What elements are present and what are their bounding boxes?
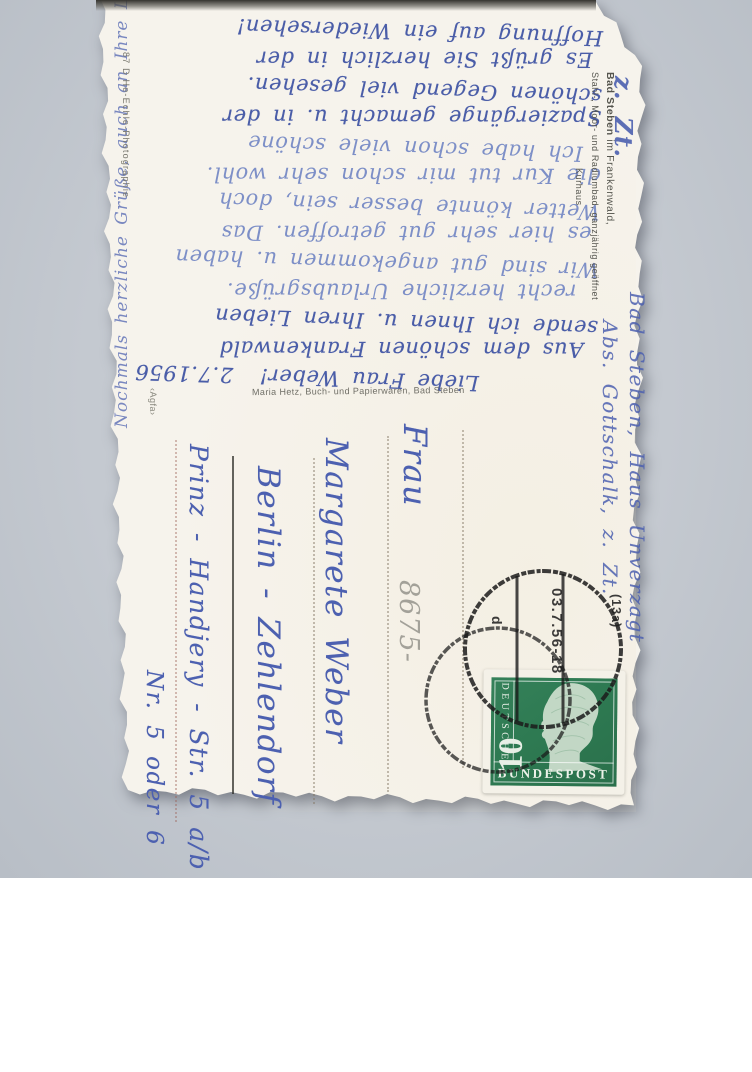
- photographer-credit: 87 D He-Echle-Photographie: [121, 52, 131, 198]
- address-guide-line: [313, 458, 315, 804]
- address-line-number: Nr. 5 oder 6: [141, 670, 167, 846]
- address-line-frau: Frau: [396, 424, 434, 507]
- address-guide-line: [462, 430, 464, 768]
- address-guide-line: [175, 440, 177, 822]
- agfa-logo: ‹Agfa›: [148, 388, 158, 416]
- address-line-city: Berlin - Zehlendorf: [250, 466, 286, 805]
- stamp-green-panel: DEUTSCHE 10 BUNDESPOST: [490, 677, 617, 786]
- photo-area: Liebe Frau Weber! 2.7.1956 Aus dem schön…: [0, 0, 752, 878]
- postage-stamp: DEUTSCHE 10 BUNDESPOST: [482, 669, 625, 794]
- address-guide-line: [387, 436, 389, 792]
- address-line-street: Prinz - Handjery - Str. 5 a/b: [184, 444, 213, 871]
- sender-flourish: z. Zt.: [609, 76, 638, 158]
- top-edge-shadow: [96, 0, 596, 11]
- berlin-underline: [232, 456, 234, 794]
- address-line-name: Margarete Weber: [318, 438, 354, 744]
- stamp-bottom-word: BUNDESPOST: [490, 765, 616, 782]
- sender-line-2: Bad Steben, Haus Unverzagt: [625, 292, 649, 643]
- card-caption-line2: Stahl-, Moor- und Radiumbad, ganzjährig …: [590, 72, 600, 300]
- handwritten-message: Liebe Frau Weber! 2.7.1956 Aus dem schön…: [103, 6, 604, 397]
- sender-line-1: Abs. Gottschalk, z. Zt.: [598, 320, 622, 596]
- postcard-photo-page: Liebe Frau Weber! 2.7.1956 Aus dem schön…: [0, 0, 752, 1072]
- pencil-number: 8675-: [393, 580, 424, 663]
- card-caption-line3: Kurhaus: [574, 168, 584, 206]
